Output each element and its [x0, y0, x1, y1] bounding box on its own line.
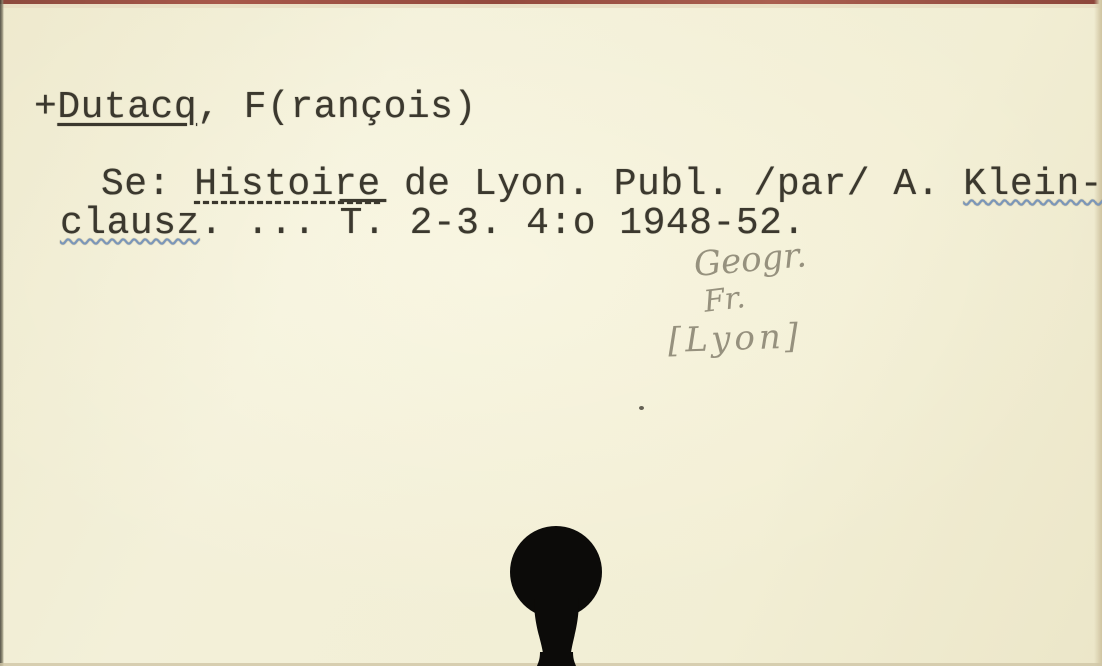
- ink-speck: [639, 406, 644, 410]
- editor-name-part-2: clausz: [60, 202, 200, 245]
- work-title: Histoire: [194, 163, 380, 206]
- heading-author: +Dutacq, F(rançois): [34, 86, 477, 129]
- punch-hole: [498, 518, 620, 666]
- reference-paragraph: Se: Histoire de Lyon. Publ. /par/ A. Kle…: [0, 165, 1102, 243]
- card-right-edge-shadow: [1094, 0, 1102, 666]
- volume-years-text: 2-3. 4:o 1948-52.: [386, 202, 805, 245]
- volume-abbreviation: T.: [340, 202, 387, 245]
- pencil-annotations: Geogr. Fr. [Lyon]: [660, 246, 860, 360]
- reference-line-2-middle: . ...: [200, 202, 340, 245]
- reference-line-2: clausz. ... T. 2-3. 4:o 1948-52.: [60, 204, 1102, 243]
- reference-line-1: Se: Histoire de Lyon. Publ. /par/ A. Kle…: [101, 165, 1102, 204]
- editor-name-part-1: Klein-: [963, 163, 1102, 206]
- catalog-card: +Dutacq, F(rançois) Se: Histoire de Lyon…: [0, 0, 1102, 666]
- heading-surname: Dutacq: [57, 86, 197, 129]
- card-left-edge-shadow: [0, 0, 4, 666]
- reference-line-1-middle: de Lyon. Publ. /par/ A.: [381, 163, 964, 206]
- card-top-tan-edge: [0, 4, 1102, 8]
- heading-forename: , F(rançois): [197, 86, 477, 129]
- scanned-catalog-card-page: { "card": { "heading": { "prefix": "+", …: [0, 0, 1102, 666]
- heading-plus-prefix: +: [34, 86, 57, 129]
- pencil-annotation-lyon: [Lyon]: [667, 315, 860, 360]
- see-label: Se:: [101, 163, 194, 206]
